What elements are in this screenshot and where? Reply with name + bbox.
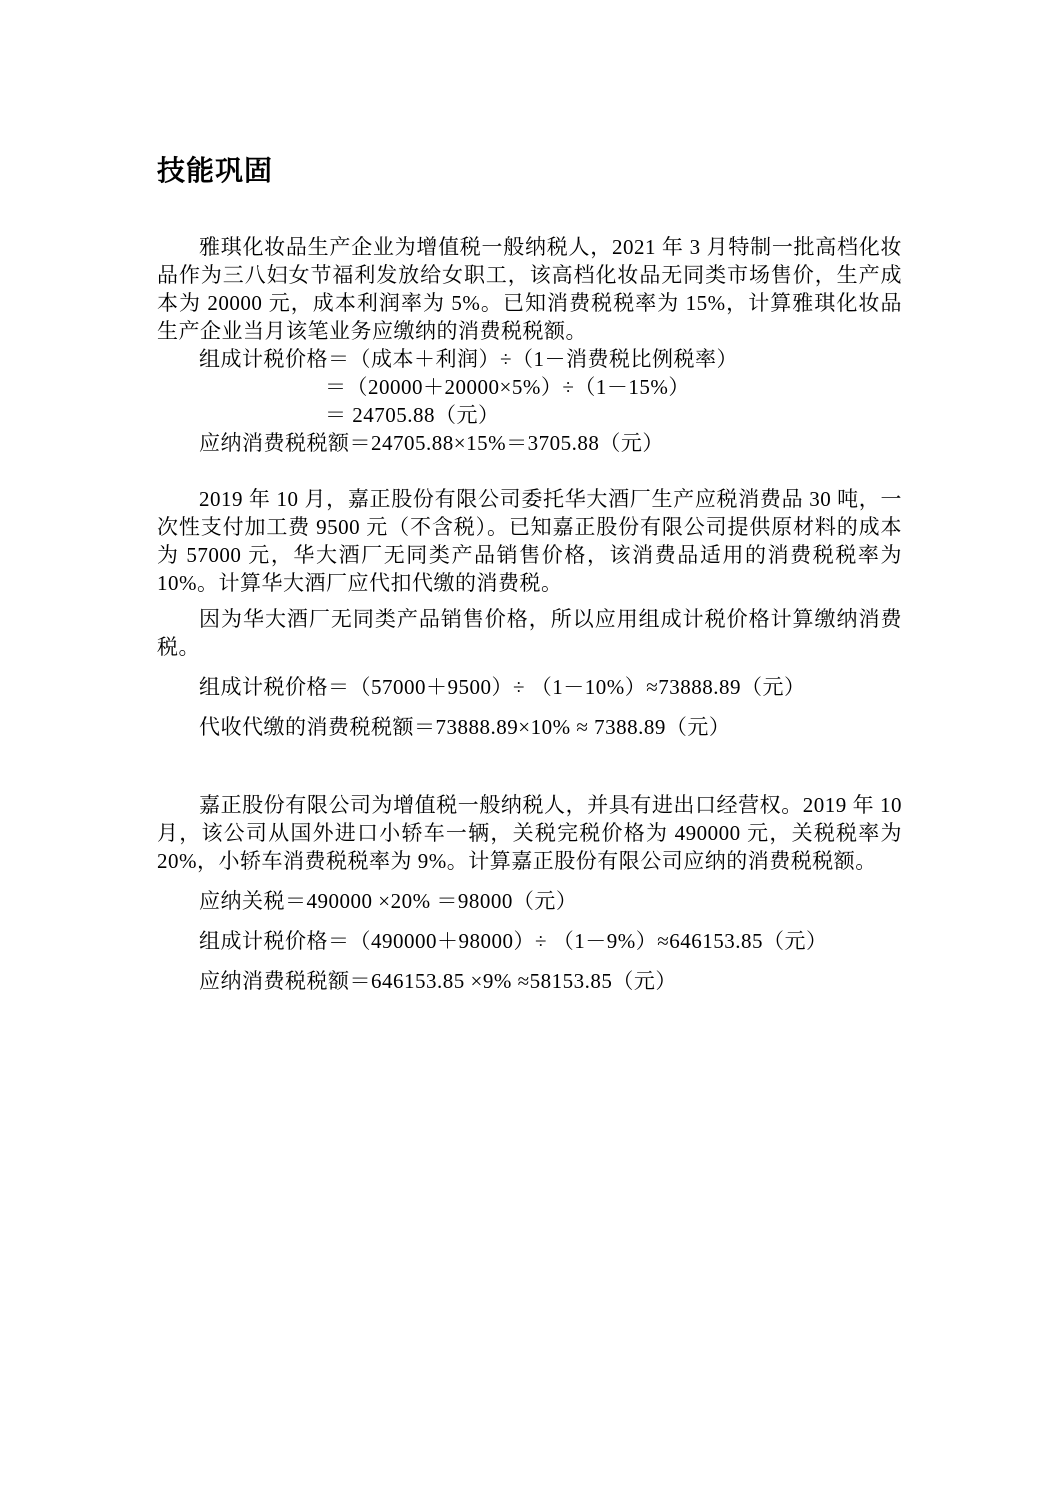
document-page: 技能巩固 雅琪化妆品生产企业为增值税一般纳税人，2021 年 3 月特制一批高档… [0,0,1059,1497]
formula-line: 代收代缴的消费税税额＝73888.89×10% ≈ 7388.89（元） [199,713,902,741]
problem2-solution: 组成计税价格＝（57000＋9500）÷ （1－10%）≈73888.89（元）… [157,673,902,741]
formula-line: 组成计税价格＝（490000＋98000）÷ （1－9%）≈646153.85（… [199,927,902,955]
problem2-statement: 2019 年 10 月，嘉正股份有限公司委托华大酒厂生产应税消费品 30 吨，一… [157,485,902,597]
problem1-statement: 雅琪化妆品生产企业为增值税一般纳税人，2021 年 3 月特制一批高档化妆品作为… [157,233,902,345]
formula-line: 组成计税价格＝（57000＋9500）÷ （1－10%）≈73888.89（元） [199,673,902,701]
formula-line: 应纳消费税税额＝646153.85 ×9% ≈58153.85（元） [199,967,902,995]
formula-line: ＝（20000＋20000×5%）÷（1－15%） [325,373,902,401]
problem1-solution: 组成计税价格＝（成本＋利润）÷（1－消费税比例税率） ＝（20000＋20000… [157,345,902,457]
section-heading: 技能巩固 [157,155,902,187]
formula-line: 应纳关税＝490000 ×20% ＝98000（元） [199,887,902,915]
problem3-solution: 应纳关税＝490000 ×20% ＝98000（元） 组成计税价格＝（49000… [157,887,902,995]
formula-line: 应纳消费税税额＝24705.88×15%＝3705.88（元） [199,429,902,457]
problem3-statement: 嘉正股份有限公司为增值税一般纳税人，并具有进出口经营权。2019 年 10 月，… [157,791,902,875]
problem2-analysis: 因为华大酒厂无同类产品销售价格，所以应用组成计税价格计算缴纳消费税。 [157,605,902,661]
formula-line: 组成计税价格＝（成本＋利润）÷（1－消费税比例税率） [199,345,902,373]
formula-line: ＝ 24705.88（元） [325,401,902,429]
